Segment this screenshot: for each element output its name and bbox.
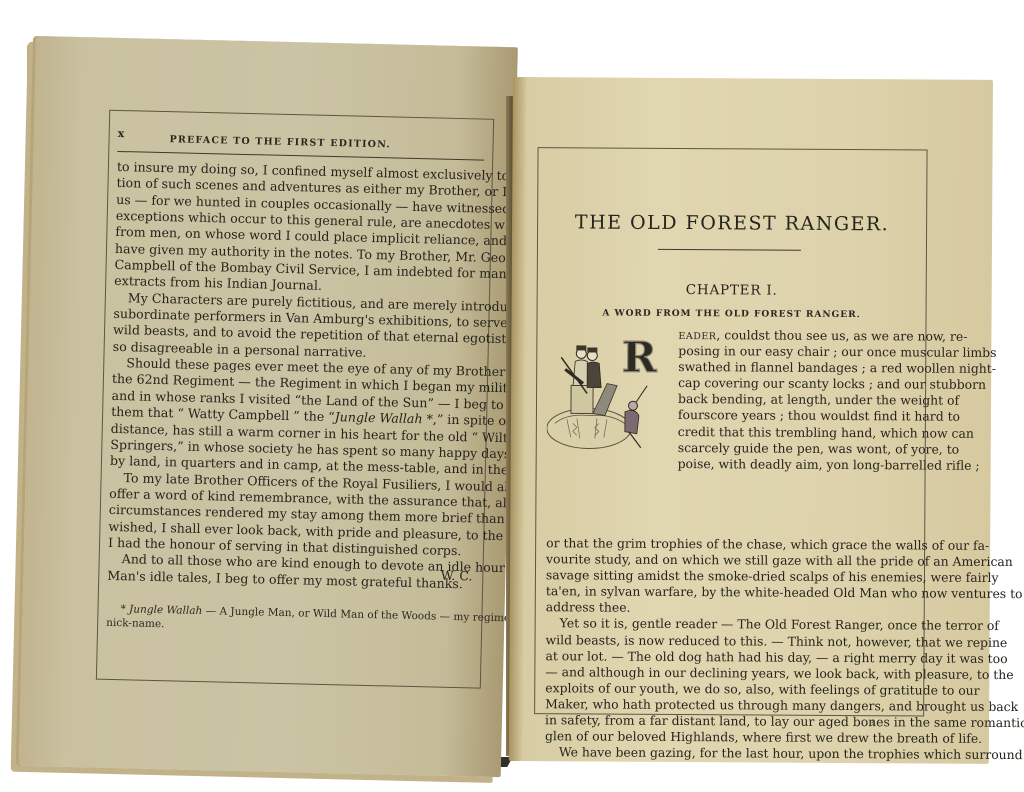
footnote-term: Jungle Wallah bbox=[129, 603, 203, 617]
running-head: PREFACE TO THE FIRST EDITION. bbox=[169, 134, 391, 150]
text-fragment: , couldst thou see us, as we are now, re… bbox=[716, 327, 967, 344]
printer-signature-mark: B bbox=[869, 719, 874, 727]
text-line: posing in our easy chair ; our once musc… bbox=[678, 343, 906, 360]
footnote: * Jungle Wallah — A Jungle Man, or Wild … bbox=[106, 602, 473, 639]
right-page-text-frame: THE OLD FOREST RANGER. CHAPTER I. A WORD… bbox=[534, 147, 927, 716]
header-rule bbox=[117, 151, 484, 161]
chapter-body: or that the grim trophies of the chase, … bbox=[545, 535, 905, 763]
text-line: wild beasts, is now reduced to this. — T… bbox=[546, 632, 905, 650]
text-line: We have been gazing, for the last hour, … bbox=[545, 744, 904, 762]
signature: W. C. bbox=[441, 568, 473, 584]
text-line: fourscore years ; thou wouldst find it h… bbox=[678, 407, 906, 424]
text-line: scarcely guide the pen, was wont, of yor… bbox=[678, 440, 906, 457]
text-line: cap covering our scanty locks ; and our … bbox=[678, 375, 906, 392]
drop-cap-illustration-icon: R bbox=[547, 323, 678, 454]
preface-body: to insure my doing so, I confined myself… bbox=[107, 159, 483, 592]
text-line: swathed in flannel bandages ; a red wool… bbox=[678, 359, 906, 376]
text-line: EADER, couldst thou see us, as we are no… bbox=[678, 327, 906, 344]
text-line: credit that this trembling hand, which n… bbox=[678, 424, 906, 441]
text-line: at our lot. — The old dog hath had his d… bbox=[545, 648, 904, 666]
chapter-heading: CHAPTER I. bbox=[538, 281, 926, 299]
text-line: poise, with deadly aim, yon long-barrell… bbox=[678, 456, 906, 473]
svg-text:R: R bbox=[622, 333, 658, 382]
chapter-subheading: A WORD FROM THE OLD FOREST RANGER. bbox=[538, 308, 926, 320]
text-line: back bending, at length, under the weigh… bbox=[678, 391, 906, 408]
title-rule bbox=[658, 249, 801, 251]
footnote-marker: * bbox=[106, 603, 129, 616]
left-page: x PREFACE TO THE FIRST EDITION. to insur… bbox=[19, 36, 518, 777]
text-line: — and although in our declining years, w… bbox=[545, 664, 904, 682]
right-page: THE OLD FOREST RANGER. CHAPTER I. A WORD… bbox=[509, 77, 993, 764]
book-title: THE OLD FOREST RANGER. bbox=[538, 211, 926, 235]
small-caps-word: EADER bbox=[678, 331, 716, 342]
left-page-text-frame: x PREFACE TO THE FIRST EDITION. to insur… bbox=[96, 110, 494, 689]
chapter-opening-wrapped: EADER, couldst thou see us, as we are no… bbox=[678, 327, 907, 473]
page-number: x bbox=[118, 127, 125, 140]
text-line: Yet so it is, gentle reader — The Old Fo… bbox=[546, 616, 905, 634]
italic-term: Jungle Wallah bbox=[335, 409, 423, 426]
